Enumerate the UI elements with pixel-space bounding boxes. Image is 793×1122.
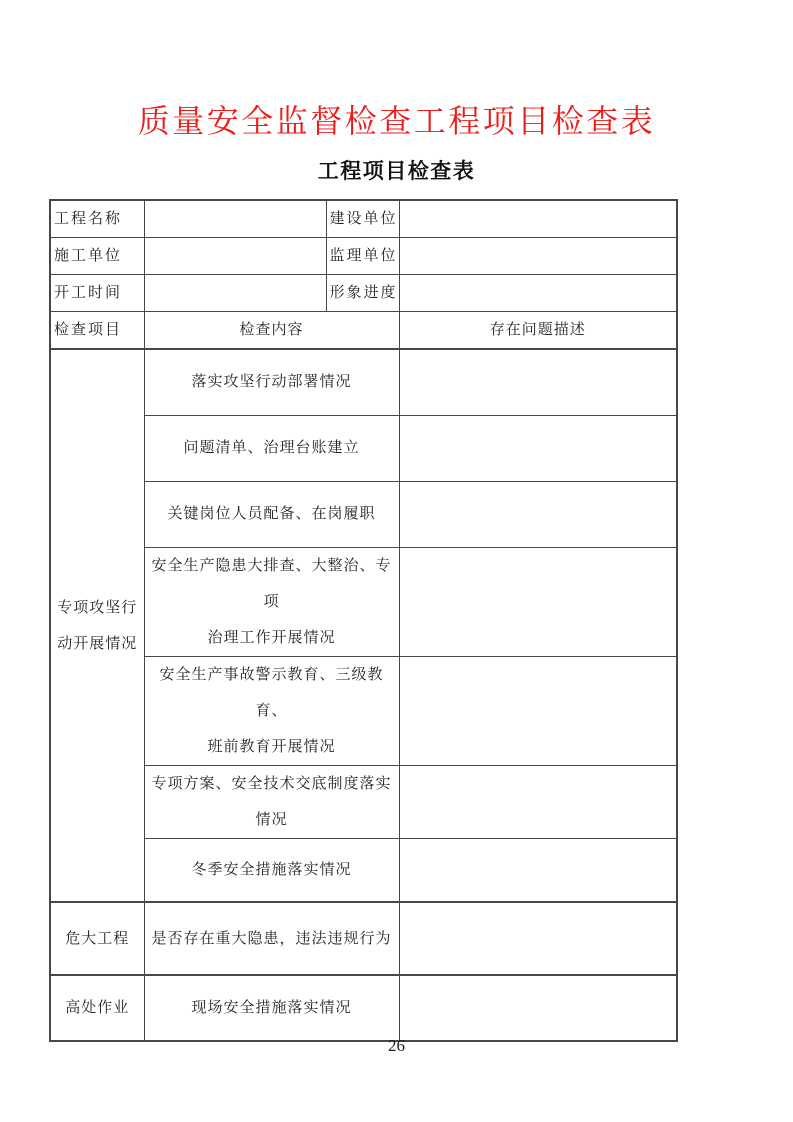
check-row: 危大工程 是否存在重大隐患，违法违规行为 — [50, 902, 677, 975]
inspection-form-table: 工程名称 建设单位 施工单位 监理单位 开工时间 形象进度 检查项目 检查内容 … — [49, 199, 678, 1042]
problem-input-cell[interactable] — [399, 975, 677, 1041]
check-content-cell: 安全生产事故警示教育、三级教育、 班前教育开展情况 — [144, 656, 399, 765]
check-content-cell: 是否存在重大隐患，违法违规行为 — [144, 902, 399, 975]
check-content-cell: 现场安全措施落实情况 — [144, 975, 399, 1041]
problem-input-cell[interactable] — [399, 547, 677, 656]
problem-input-cell[interactable] — [399, 481, 677, 547]
check-content-cell: 专项方案、安全技术交底制度落实 情况 — [144, 765, 399, 838]
info-row-start-date: 开工时间 形象进度 — [50, 275, 677, 312]
check-content-cell: 落实攻坚行动部署情况 — [144, 349, 399, 415]
section-label-special-campaign: 专项攻坚行 动开展情况 — [50, 349, 144, 902]
progress-value-cell[interactable] — [399, 275, 677, 312]
problem-description-header: 存在问题描述 — [399, 312, 677, 350]
check-row: 安全生产事故警示教育、三级教育、 班前教育开展情况 — [50, 656, 677, 765]
check-row: 安全生产隐患大排查、大整治、专项 治理工作开展情况 — [50, 547, 677, 656]
check-content-cell: 问题清单、治理台账建立 — [144, 415, 399, 481]
construction-unit-value-cell[interactable] — [399, 200, 677, 238]
section-label-work-at-height: 高处作业 — [50, 975, 144, 1041]
check-table-header-row: 检查项目 检查内容 存在问题描述 — [50, 312, 677, 350]
check-content-header: 检查内容 — [144, 312, 399, 350]
section-label-dangerous-project: 危大工程 — [50, 902, 144, 975]
check-row: 专项方案、安全技术交底制度落实 情况 — [50, 765, 677, 838]
start-date-label: 开工时间 — [50, 275, 144, 312]
check-row: 专项攻坚行 动开展情况 落实攻坚行动部署情况 — [50, 349, 677, 415]
check-item-header: 检查项目 — [50, 312, 144, 350]
supervision-unit-label: 监理单位 — [326, 238, 399, 275]
info-row-project-name: 工程名称 建设单位 — [50, 200, 677, 238]
project-name-value-cell[interactable] — [144, 200, 326, 238]
builder-unit-label: 施工单位 — [50, 238, 144, 275]
table-title: 工程项目检查表 — [0, 157, 793, 187]
check-row: 问题清单、治理台账建立 — [50, 415, 677, 481]
check-content-cell: 安全生产隐患大排查、大整治、专项 治理工作开展情况 — [144, 547, 399, 656]
problem-input-cell[interactable] — [399, 902, 677, 975]
problem-input-cell[interactable] — [399, 765, 677, 838]
problem-input-cell[interactable] — [399, 415, 677, 481]
document-title: 质量安全监督检查工程项目检查表 — [0, 98, 793, 144]
construction-unit-label: 建设单位 — [326, 200, 399, 238]
builder-unit-value-cell[interactable] — [144, 238, 326, 275]
start-date-value-cell[interactable] — [144, 275, 326, 312]
problem-input-cell[interactable] — [399, 656, 677, 765]
progress-label: 形象进度 — [326, 275, 399, 312]
project-name-label: 工程名称 — [50, 200, 144, 238]
problem-input-cell[interactable] — [399, 349, 677, 415]
problem-input-cell[interactable] — [399, 838, 677, 902]
check-row: 高处作业 现场安全措施落实情况 — [50, 975, 677, 1041]
check-content-cell: 关键岗位人员配备、在岗履职 — [144, 481, 399, 547]
page-number: 26 — [0, 1036, 793, 1056]
check-content-cell: 冬季安全措施落实情况 — [144, 838, 399, 902]
info-row-builder: 施工单位 监理单位 — [50, 238, 677, 275]
check-row: 关键岗位人员配备、在岗履职 — [50, 481, 677, 547]
check-row: 冬季安全措施落实情况 — [50, 838, 677, 902]
supervision-unit-value-cell[interactable] — [399, 238, 677, 275]
